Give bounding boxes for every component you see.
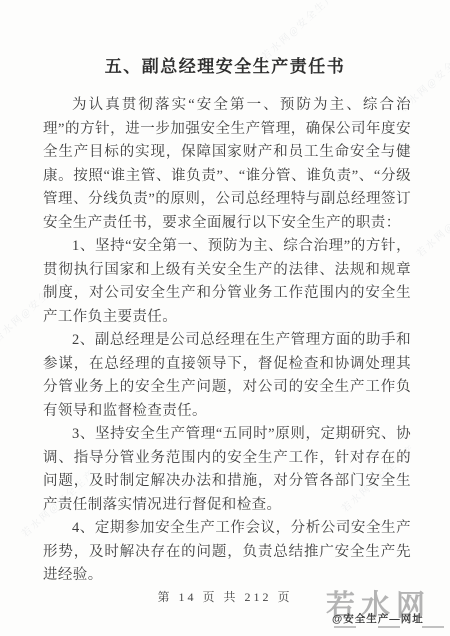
paragraph-intro: 为认真贯彻落实“安全第一、预防为主、综合治理”的方针，进一步加强安全生产管理，确…	[43, 94, 411, 235]
paragraph-item-3: 3、坚持安全生产管理“五同时”原则，定期研究、协调、指导分管业务范围内的安全生产…	[43, 423, 411, 517]
document-body: 为认真贯彻落实“安全第一、预防为主、综合治理”的方针，进一步加强安全生产管理，确…	[43, 94, 411, 588]
paragraph-item-2: 2、副总经理是公司总经理在生产管理方面的助手和参谋，在总经理的直接领导下，督促检…	[43, 329, 411, 423]
document-page: 若水网@安全生产 若水网@安全生产 若水网@安全生产 若水网@安全生产 若水网@…	[0, 0, 450, 636]
diagonal-watermark: 若水网@安全生产	[412, 185, 450, 260]
paragraph-item-1: 1、坚持“安全第一、预防为主、综合治理”的方针，贯彻执行国家和上级有关安全生产的…	[43, 235, 411, 329]
logo-underline-dashes	[334, 626, 444, 628]
ruoshui-watermark-logo: 若水网 @安全生产—网址	[326, 592, 448, 634]
document-title: 五、副总经理安全生产责任书	[0, 52, 450, 77]
logo-overlay-text: @安全生产—网址	[332, 611, 424, 626]
paragraph-item-4: 4、定期参加安全生产工作会议，分析公司安全生产形势，及时解决存在的问题，负责总结…	[43, 517, 411, 588]
